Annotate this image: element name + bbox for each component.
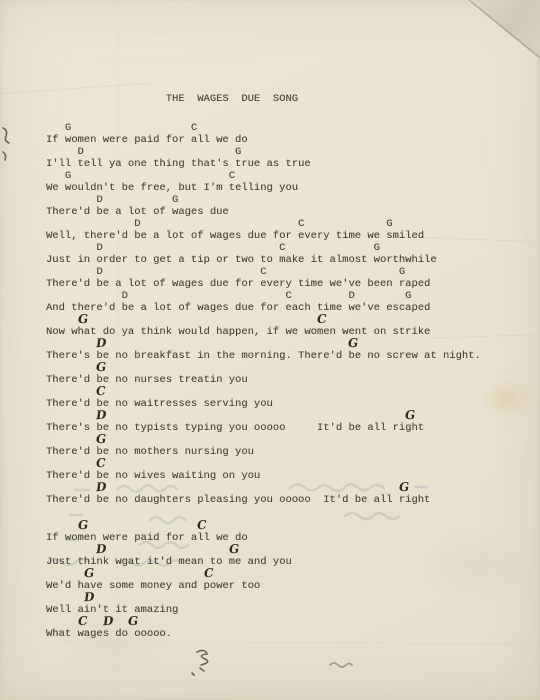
- chord-line: DCDG: [46, 291, 481, 301]
- chord-line: C: [46, 459, 481, 469]
- lyric-line: Well, there'd be a lot of wages due for …: [46, 229, 481, 243]
- handwritten-chord-label: D: [96, 544, 107, 555]
- handwritten-chord-label: D: [96, 482, 107, 493]
- song-line: DCGThere'd be a lot of wages due for eve…: [46, 267, 481, 291]
- handwritten-chord-label: G: [84, 568, 95, 579]
- handwritten-chord-label: D: [102, 616, 113, 627]
- song-line: CThere'd be no waitresses serving you: [46, 387, 481, 411]
- song-line: GThere'd be no nurses treatin you: [46, 363, 481, 387]
- typed-chord-label: G: [235, 146, 241, 158]
- song-line: GCWe'd have some money and power too: [46, 569, 481, 593]
- typed-chord-label: D: [134, 218, 140, 230]
- song-line: GCIf women were paid for all we do: [46, 123, 481, 147]
- lyric-line: If women were paid for all we do: [46, 133, 481, 147]
- typed-chord-label: G: [172, 194, 178, 206]
- song-line: DGI'll tell ya one thing that's true as …: [46, 147, 481, 171]
- chord-line: C: [46, 387, 481, 397]
- handwritten-chord-label: G: [128, 616, 139, 627]
- handwritten-chord-label: G: [96, 434, 107, 445]
- lyric-line: There'd be no waitresses serving you: [46, 397, 481, 411]
- lyric-line: Just think wgat it'd mean to me and you: [46, 555, 481, 569]
- typed-chord-label: C: [279, 242, 285, 254]
- chord-line: CDG: [46, 617, 481, 627]
- song-line: CDGWhat wages do ooooo.: [46, 617, 481, 641]
- chord-line: DG: [46, 147, 481, 157]
- handwritten-chord-label: D: [96, 410, 107, 421]
- chord-line: D: [46, 593, 481, 603]
- chord-line: DCG: [46, 267, 481, 277]
- typed-chord-label: C: [191, 122, 197, 134]
- chord-line: G: [46, 363, 481, 373]
- song-line: DGJust think wgat it'd mean to me and yo…: [46, 545, 481, 569]
- song-line: CThere'd be no wives waiting on you: [46, 459, 481, 483]
- song-line: GCNow what do ya think would happen, if …: [46, 315, 481, 339]
- handwritten-chord-label: C: [197, 520, 207, 530]
- handwritten-chord-label: C: [317, 314, 327, 324]
- chord-line: DG: [46, 545, 481, 555]
- handwritten-chord-label: C: [96, 458, 106, 468]
- chord-line: GC: [46, 123, 481, 133]
- lyric-line: There'd be no wives waiting on you: [46, 469, 481, 483]
- margin-ink-mark: [3, 152, 6, 160]
- chord-line: DCG: [46, 219, 481, 229]
- handwritten-chord-label: C: [203, 568, 213, 578]
- lyric-line: What wages do ooooo.: [46, 627, 481, 641]
- lyric-line: We wouldn't be free, but I'm telling you: [46, 181, 481, 195]
- lyric-line: I'll tell ya one thing that's true as tr…: [46, 157, 481, 171]
- typed-chord-label: C: [298, 218, 304, 230]
- handwritten-chord-label: G: [228, 544, 239, 555]
- typed-chord-label: D: [78, 146, 84, 158]
- handwritten-chord-label: C: [96, 386, 106, 396]
- song-line: DCGJust in order to get a tip or two to …: [46, 243, 481, 267]
- chord-line: DG: [46, 339, 481, 349]
- handwritten-chord-label: G: [96, 362, 107, 373]
- song-line: DGThere'd be no daughters pleasing you o…: [46, 483, 481, 507]
- lyric-line: If women were paid for all we do: [46, 531, 481, 545]
- song-line: GCWe wouldn't be free, but I'm telling y…: [46, 171, 481, 195]
- chord-line: G: [46, 435, 481, 445]
- chord-line: DCG: [46, 243, 481, 253]
- song-line: DGThere's be no breakfast in the morning…: [46, 339, 481, 363]
- typed-chord-label: G: [65, 122, 71, 134]
- chord-line: GC: [46, 171, 481, 181]
- lyric-line: There'd be no nurses treatin you: [46, 373, 481, 387]
- document-page: THE WAGES DUE SONG GCIf women were paid …: [0, 0, 540, 700]
- typed-chord-label: C: [285, 290, 291, 302]
- song-line: DGThere's be no typists typing you ooooo…: [46, 411, 481, 435]
- lyric-line: There'd be no mothers nursing you: [46, 445, 481, 459]
- song-line: DCGWell, there'd be a lot of wages due f…: [46, 219, 481, 243]
- handwritten-chord-label: C: [77, 616, 87, 626]
- handwritten-chord-label: G: [399, 482, 410, 493]
- typed-chord-label: C: [260, 266, 266, 278]
- margin-ink-mark: [3, 128, 9, 143]
- handwritten-chord-label: D: [96, 338, 107, 349]
- typed-chord-label: G: [386, 218, 392, 230]
- lyric-line: There'd be no daughters pleasing you ooo…: [46, 493, 481, 507]
- typed-chord-label: G: [405, 290, 411, 302]
- typed-chord-label: G: [65, 170, 71, 182]
- handwritten-chord-label: G: [77, 314, 88, 325]
- lyric-line: There'd be a lot of wages due: [46, 205, 481, 219]
- lyric-line: And there'd be a lot of wages due for ea…: [46, 301, 481, 315]
- lyric-line: We'd have some money and power too: [46, 579, 481, 593]
- ink-dot: [192, 673, 194, 675]
- typed-chord-label: G: [374, 242, 380, 254]
- chord-line: GC: [46, 569, 481, 579]
- typed-chord-label: D: [96, 266, 102, 278]
- typed-chord-label: D: [122, 290, 128, 302]
- song-line: GCIf women were paid for all we do: [46, 521, 481, 545]
- song-lines: GCIf women were paid for all we doDGI'll…: [46, 123, 481, 641]
- typed-chord-label: C: [229, 170, 235, 182]
- chord-line: DG: [46, 195, 481, 205]
- ink-scribble: [197, 650, 208, 671]
- paper-stain: [480, 378, 532, 418]
- ink-scribble: [330, 663, 352, 667]
- handwritten-chord-label: G: [405, 410, 416, 421]
- lyric-line: There's be no typists typing you ooooo I…: [46, 421, 481, 435]
- chord-line: DG: [46, 483, 481, 493]
- song-sheet: THE WAGES DUE SONG GCIf women were paid …: [46, 93, 481, 641]
- song-line: DCDGAnd there'd be a lot of wages due fo…: [46, 291, 481, 315]
- song-title: THE WAGES DUE SONG: [166, 93, 481, 105]
- lyric-line: Just in order to get a tip or two to mak…: [46, 253, 481, 267]
- lyric-line: There'd be a lot of wages due for every …: [46, 277, 481, 291]
- typed-chord-label: D: [96, 194, 102, 206]
- chord-line: DG: [46, 411, 481, 421]
- lyric-line: There's be no breakfast in the morning. …: [46, 349, 481, 363]
- typed-chord-label: D: [348, 290, 354, 302]
- chord-line: GC: [46, 521, 481, 531]
- typed-chord-label: D: [96, 242, 102, 254]
- song-line: GThere'd be no mothers nursing you: [46, 435, 481, 459]
- lyric-line: Now what do ya think would happen, if we…: [46, 325, 481, 339]
- song-line: DGThere'd be a lot of wages due: [46, 195, 481, 219]
- chord-line: GC: [46, 315, 481, 325]
- typed-chord-label: G: [399, 266, 405, 278]
- handwritten-chord-label: D: [84, 592, 95, 603]
- handwritten-chord-label: G: [77, 520, 88, 531]
- handwritten-chord-label: G: [348, 338, 359, 349]
